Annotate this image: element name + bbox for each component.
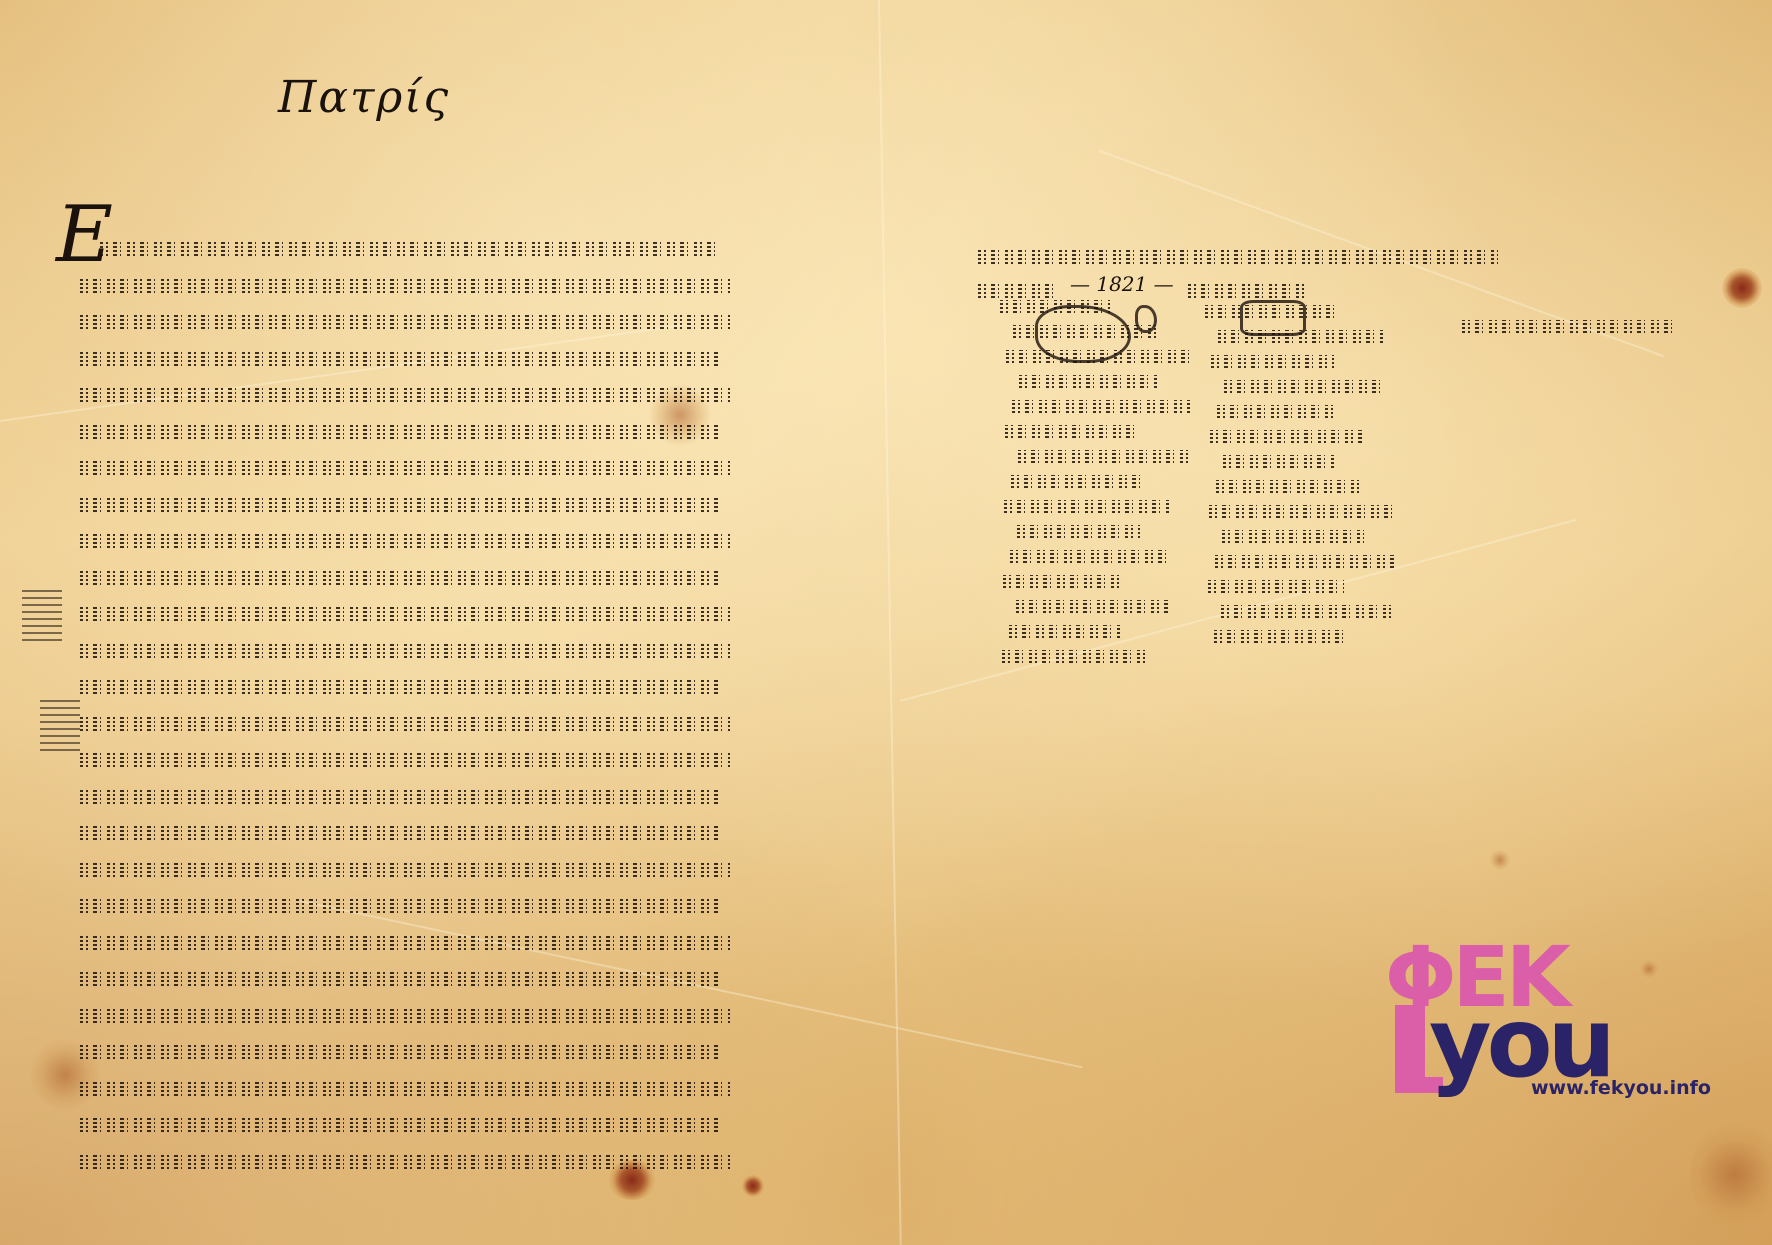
handwritten-text	[80, 861, 730, 877]
manuscript-line	[80, 376, 792, 413]
signature	[1205, 350, 1445, 375]
margin-note	[22, 590, 62, 646]
handwritten-text	[80, 386, 730, 402]
handwritten-signature	[1215, 555, 1394, 568]
manuscript-line	[80, 668, 792, 705]
handwritten-text	[80, 350, 720, 366]
signature	[1205, 575, 1445, 600]
handwritten-signature	[1221, 605, 1394, 618]
handwritten-signature	[1210, 430, 1364, 443]
signature	[1000, 495, 1200, 520]
signature	[1205, 625, 1445, 650]
handwritten-text	[80, 970, 720, 986]
handwritten-signature	[1011, 475, 1140, 488]
handwritten-text	[100, 240, 720, 256]
manuscript-line	[80, 1106, 792, 1143]
manuscript-line	[80, 705, 792, 742]
handwritten-text	[80, 1043, 720, 1059]
signature	[1000, 595, 1200, 620]
manuscript-line	[80, 595, 792, 632]
handwritten-text	[80, 459, 730, 475]
manuscript-line	[80, 741, 792, 778]
handwritten-signature	[1224, 380, 1384, 393]
water-stain	[1490, 850, 1510, 870]
manuscript-line	[80, 997, 792, 1034]
handwritten-signature	[1205, 305, 1334, 318]
manuscript-line	[80, 303, 792, 340]
signature-column-right	[1205, 300, 1445, 650]
handwritten-text	[80, 934, 730, 950]
signature	[1205, 500, 1445, 525]
handwritten-signature	[1006, 350, 1190, 363]
handwritten-signature	[1211, 355, 1334, 368]
handwritten-text	[80, 1007, 730, 1023]
manuscript-line	[80, 486, 792, 523]
signature	[1205, 600, 1445, 625]
handwritten-text	[80, 715, 730, 731]
handwritten-text	[80, 642, 730, 658]
handwritten-signature	[1222, 530, 1364, 543]
signature	[1000, 395, 1200, 420]
handwritten-text	[80, 1080, 730, 1096]
handwritten-text	[80, 532, 730, 548]
handwritten-text	[80, 788, 720, 804]
manuscript-line	[80, 924, 792, 961]
manuscript-line	[80, 814, 792, 851]
paper-crease	[878, 0, 902, 1245]
handwritten-signature	[1000, 300, 1110, 313]
manuscript-line	[80, 340, 792, 377]
fekyou-logo[interactable]: ΦΕΚ you www.fekyou.info	[1385, 935, 1745, 1105]
handwritten-signature	[1218, 330, 1384, 343]
signature	[1000, 420, 1200, 445]
manuscript-line	[80, 851, 792, 888]
ink-stain	[1722, 268, 1762, 308]
handwritten-signature	[1217, 405, 1334, 418]
signature	[1000, 445, 1200, 470]
manuscript-line	[80, 1070, 792, 1107]
handwritten-text	[1462, 320, 1677, 333]
manuscript-line	[80, 230, 792, 267]
handwritten-text	[80, 496, 720, 512]
signature	[1205, 300, 1445, 325]
handwritten-signature	[1019, 375, 1160, 388]
handwritten-text	[80, 678, 720, 694]
margin-note	[40, 700, 80, 756]
water-stain	[1690, 1120, 1772, 1230]
date-year: 1821	[1096, 272, 1147, 296]
handwritten-text	[80, 1153, 730, 1169]
closing-line	[978, 238, 1498, 272]
handwritten-signature	[1005, 425, 1140, 438]
manuscript-line	[80, 778, 792, 815]
handwritten-signature	[1009, 625, 1120, 638]
manuscript-line	[80, 1143, 792, 1180]
manuscript-body	[80, 230, 792, 1179]
handwritten-text	[80, 569, 720, 585]
handwritten-signature	[1018, 450, 1190, 463]
manuscript-line	[80, 522, 792, 559]
signature	[1205, 525, 1445, 550]
handwritten-text	[80, 824, 720, 840]
handwritten-signature	[1208, 580, 1344, 593]
handwritten-signature	[1004, 500, 1170, 513]
signature	[1205, 375, 1445, 400]
signature	[1205, 425, 1445, 450]
handwritten-signature	[1223, 455, 1334, 468]
manuscript-line	[80, 267, 792, 304]
handwritten-text	[80, 1116, 720, 1132]
signature	[1000, 570, 1200, 595]
signature	[1000, 345, 1200, 370]
signature	[1000, 620, 1200, 645]
handwritten-signature	[1017, 525, 1140, 538]
handwritten-signature	[1002, 650, 1150, 663]
manuscript-line	[80, 960, 792, 997]
handwritten-signature	[1010, 550, 1170, 563]
manuscript-line	[80, 449, 792, 486]
document-title: Πατρίς	[278, 72, 450, 123]
signature	[1205, 400, 1445, 425]
handwritten-signature	[1209, 505, 1394, 518]
signature	[1000, 320, 1200, 345]
handwritten-signature	[1012, 400, 1190, 413]
signature-column-left	[1000, 295, 1200, 670]
handwritten-text	[1188, 282, 1308, 298]
handwritten-signature	[1016, 600, 1170, 613]
handwritten-text	[80, 605, 730, 621]
manuscript-line	[80, 413, 792, 450]
signature	[1000, 370, 1200, 395]
signature	[1205, 450, 1445, 475]
signature	[1205, 550, 1445, 575]
signature	[1000, 470, 1200, 495]
handwritten-text	[80, 897, 720, 913]
date-text: — 1821 —	[1070, 272, 1174, 296]
signature	[1000, 295, 1200, 320]
signature	[1000, 520, 1200, 545]
handwritten-signature	[1003, 575, 1120, 588]
signature	[1205, 325, 1445, 350]
handwritten-signature	[1013, 325, 1160, 338]
handwritten-signature	[1214, 630, 1344, 643]
handwritten-signature	[1216, 480, 1364, 493]
handwritten-text	[80, 423, 720, 439]
manuscript-line	[80, 887, 792, 924]
manuscript-line	[80, 559, 792, 596]
handwritten-text	[80, 313, 730, 329]
manuscript-line	[80, 632, 792, 669]
manuscript-line	[80, 1033, 792, 1070]
signature	[1000, 645, 1200, 670]
handwritten-text	[80, 277, 730, 293]
handwritten-text	[978, 248, 1498, 264]
signature	[1205, 475, 1445, 500]
handwritten-text	[80, 751, 730, 767]
signature	[1000, 545, 1200, 570]
logo-url[interactable]: www.fekyou.info	[1531, 1077, 1711, 1099]
